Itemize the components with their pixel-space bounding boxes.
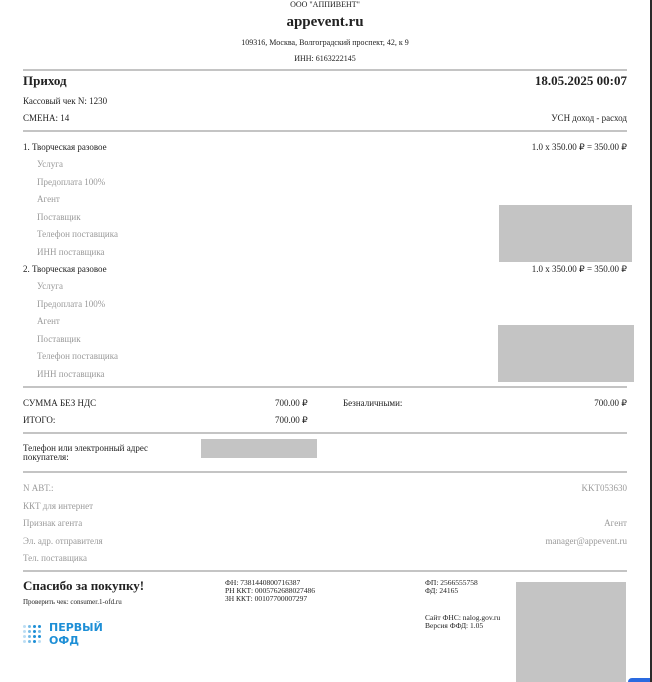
redacted-qr-code xyxy=(516,582,626,682)
total-label: ИТОГО: xyxy=(23,415,55,425)
ofd-logo-line2: ОФД xyxy=(49,634,103,647)
redacted-block xyxy=(498,325,634,382)
item-detail: ИНН поставщика xyxy=(37,369,105,379)
divider xyxy=(23,386,627,388)
agent-sign-label: Признак агента xyxy=(23,518,82,528)
cashless-value: 700.00 ₽ xyxy=(594,398,627,409)
receipt-type: Приход xyxy=(23,73,67,89)
floating-button-edge[interactable] xyxy=(628,678,650,682)
ofd-logo-line1: ПЕРВЫЙ xyxy=(49,621,103,634)
shift-number: СМЕНА: 14 xyxy=(23,113,69,123)
check-link[interactable]: Проверить чек: consumer.1-ofd.ru xyxy=(23,598,122,606)
divider xyxy=(23,471,627,473)
supplier-phone-label: Тел. поставщика xyxy=(23,553,87,563)
sender-email-label: Эл. адр. отправителя xyxy=(23,536,103,546)
item-detail: Телефон поставщика xyxy=(37,351,118,361)
org-address: 109316, Москва, Волгоградский проспект, … xyxy=(23,38,627,47)
total-value: 700.00 ₽ xyxy=(275,415,308,426)
redacted-buyer-contact xyxy=(201,439,317,458)
divider xyxy=(23,69,627,71)
agent-sign-value: Агент xyxy=(604,518,627,528)
tax-system: УСН доход - расход xyxy=(551,113,627,123)
item-detail: Услуга xyxy=(37,281,63,291)
cashless-label: Безналичными: xyxy=(343,398,402,408)
item-detail: Предоплата 100% xyxy=(37,177,105,187)
no-vat-label: СУММА БЕЗ НДС xyxy=(23,398,96,408)
org-name: ООО "АППИВЕНТ" xyxy=(23,0,627,9)
item-amount: 1.0 x 350.00 ₽ = 350.00 ₽ xyxy=(532,264,627,275)
item-detail: Агент xyxy=(37,316,60,326)
fd-number: ФД: 24165 xyxy=(425,587,458,595)
item-detail: Услуга xyxy=(37,159,63,169)
divider xyxy=(23,130,627,132)
sender-email-value: manager@appevent.ru xyxy=(545,536,627,546)
zn-kkt: ЗН ККТ: 00107700007297 xyxy=(225,595,307,603)
receipt-datetime: 18.05.2025 00:07 xyxy=(535,73,627,89)
item-title: 1. Творческая разовое xyxy=(23,142,107,152)
divider xyxy=(23,432,627,434)
auto-number-value: KKT053630 xyxy=(582,483,628,493)
redacted-block xyxy=(499,205,632,262)
item-detail: Телефон поставщика xyxy=(37,229,118,239)
ofd-logo: ПЕРВЫЙ ОФД xyxy=(23,621,103,647)
item-detail: Агент xyxy=(37,194,60,204)
item-title: 2. Творческая разовое xyxy=(23,264,107,274)
internet-kkt: ККТ для интернет xyxy=(23,501,93,511)
item-detail: Предоплата 100% xyxy=(37,299,105,309)
auto-number-label: N АВТ.: xyxy=(23,483,53,493)
buyer-contact-label: Телефон или электронный адрес покупателя… xyxy=(23,444,163,462)
item-detail: Поставщик xyxy=(37,212,81,222)
item-detail: ИНН поставщика xyxy=(37,247,105,257)
receipt-number: Кассовый чек N: 1230 xyxy=(23,96,107,106)
item-detail: Поставщик xyxy=(37,334,81,344)
thanks-message: Спасибо за покупку! xyxy=(23,578,144,594)
item-amount: 1.0 x 350.00 ₽ = 350.00 ₽ xyxy=(532,142,627,153)
no-vat-value: 700.00 ₽ xyxy=(275,398,308,409)
site-name: appevent.ru xyxy=(23,14,627,31)
org-inn: ИНН: 6163222145 xyxy=(23,54,627,63)
ffd-version: Версия ФФД: 1.05 xyxy=(425,622,483,630)
divider xyxy=(23,570,627,572)
ofd-dots-icon xyxy=(23,625,41,643)
